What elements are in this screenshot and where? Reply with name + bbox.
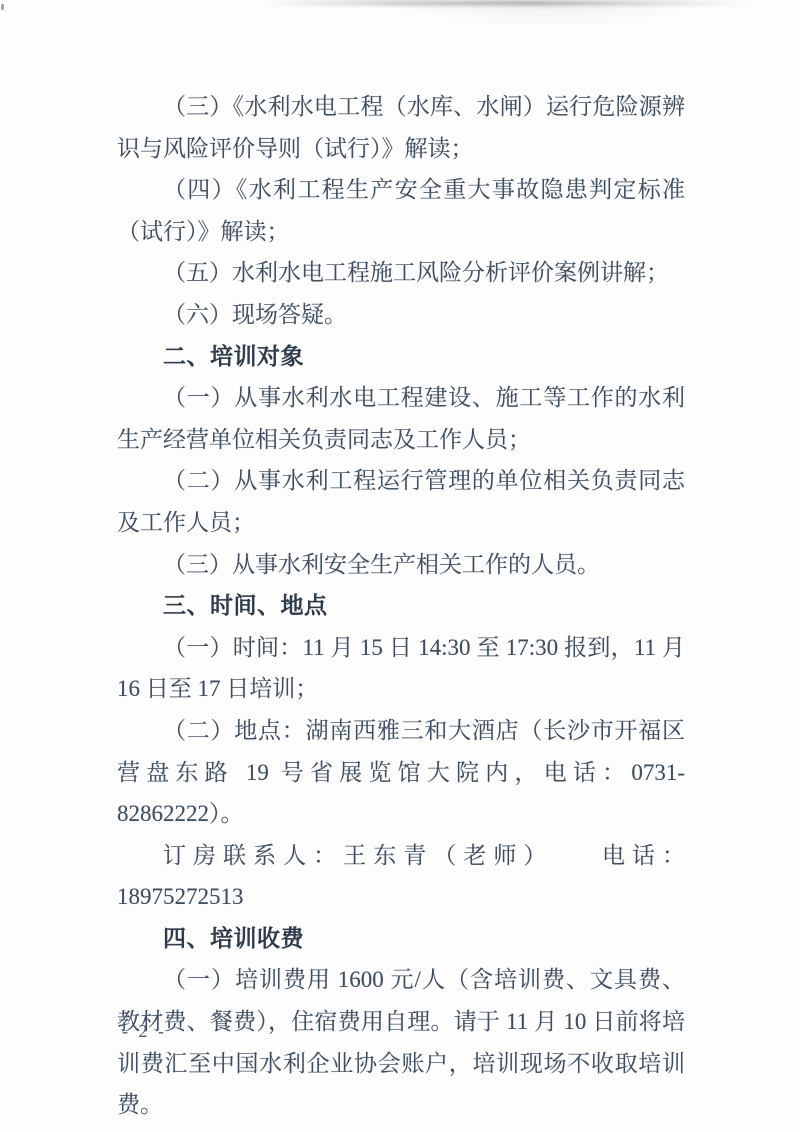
curriculum-item-6: （六）现场答疑。 — [117, 294, 685, 336]
scan-smudge-band — [262, 0, 750, 6]
document-page: （三）《水利水电工程（水库、水闸）运行危险源辨识与风险评价导则（试行）》解读； … — [0, 0, 800, 1132]
page-number: - 2 - — [122, 1021, 167, 1042]
time-item: （一）时间：11 月 15 日 14:30 至 17:30 报到，11 月 16… — [117, 627, 685, 710]
curriculum-item-5: （五）水利水电工程施工风险分析评价案例讲解； — [117, 252, 685, 294]
target-item-2: （二）从事水利工程运行管理的单位相关负责同志及工作人员； — [117, 460, 685, 543]
target-item-3: （三）从事水利安全生产相关工作的人员。 — [117, 544, 685, 586]
heading-training-fee: 四、培训收费 — [117, 918, 685, 960]
target-item-1: （一）从事水利水电工程建设、施工等工作的水利生产经营单位相关负责同志及工作人员； — [117, 377, 685, 460]
location-item: （二）地点：湖南西雅三和大酒店（长沙市开福区营盘东路 19 号省展览馆大院内，电… — [117, 710, 685, 835]
booking-contact-line: 订房联系人：王东青（老师） 电话：18975272513 — [117, 835, 685, 918]
curriculum-item-3: （三）《水利水电工程（水库、水闸）运行危险源辨识与风险评价导则（试行）》解读； — [117, 86, 685, 169]
heading-training-targets: 二、培训对象 — [117, 336, 685, 378]
heading-time-location: 三、时间、地点 — [117, 585, 685, 627]
fee-item: （一）培训费用 1600 元/人（含培训费、文具费、教材费、餐费），住宿费用自理… — [117, 959, 685, 1125]
scan-smudge-glow — [380, 2, 710, 30]
scan-speck — [1, 4, 4, 10]
document-content: （三）《水利水电工程（水库、水闸）运行危险源辨识与风险评价导则（试行）》解读； … — [117, 86, 685, 1126]
curriculum-item-4: （四）《水利工程生产安全重大事故隐患判定标准（试行）》解读； — [117, 169, 685, 252]
